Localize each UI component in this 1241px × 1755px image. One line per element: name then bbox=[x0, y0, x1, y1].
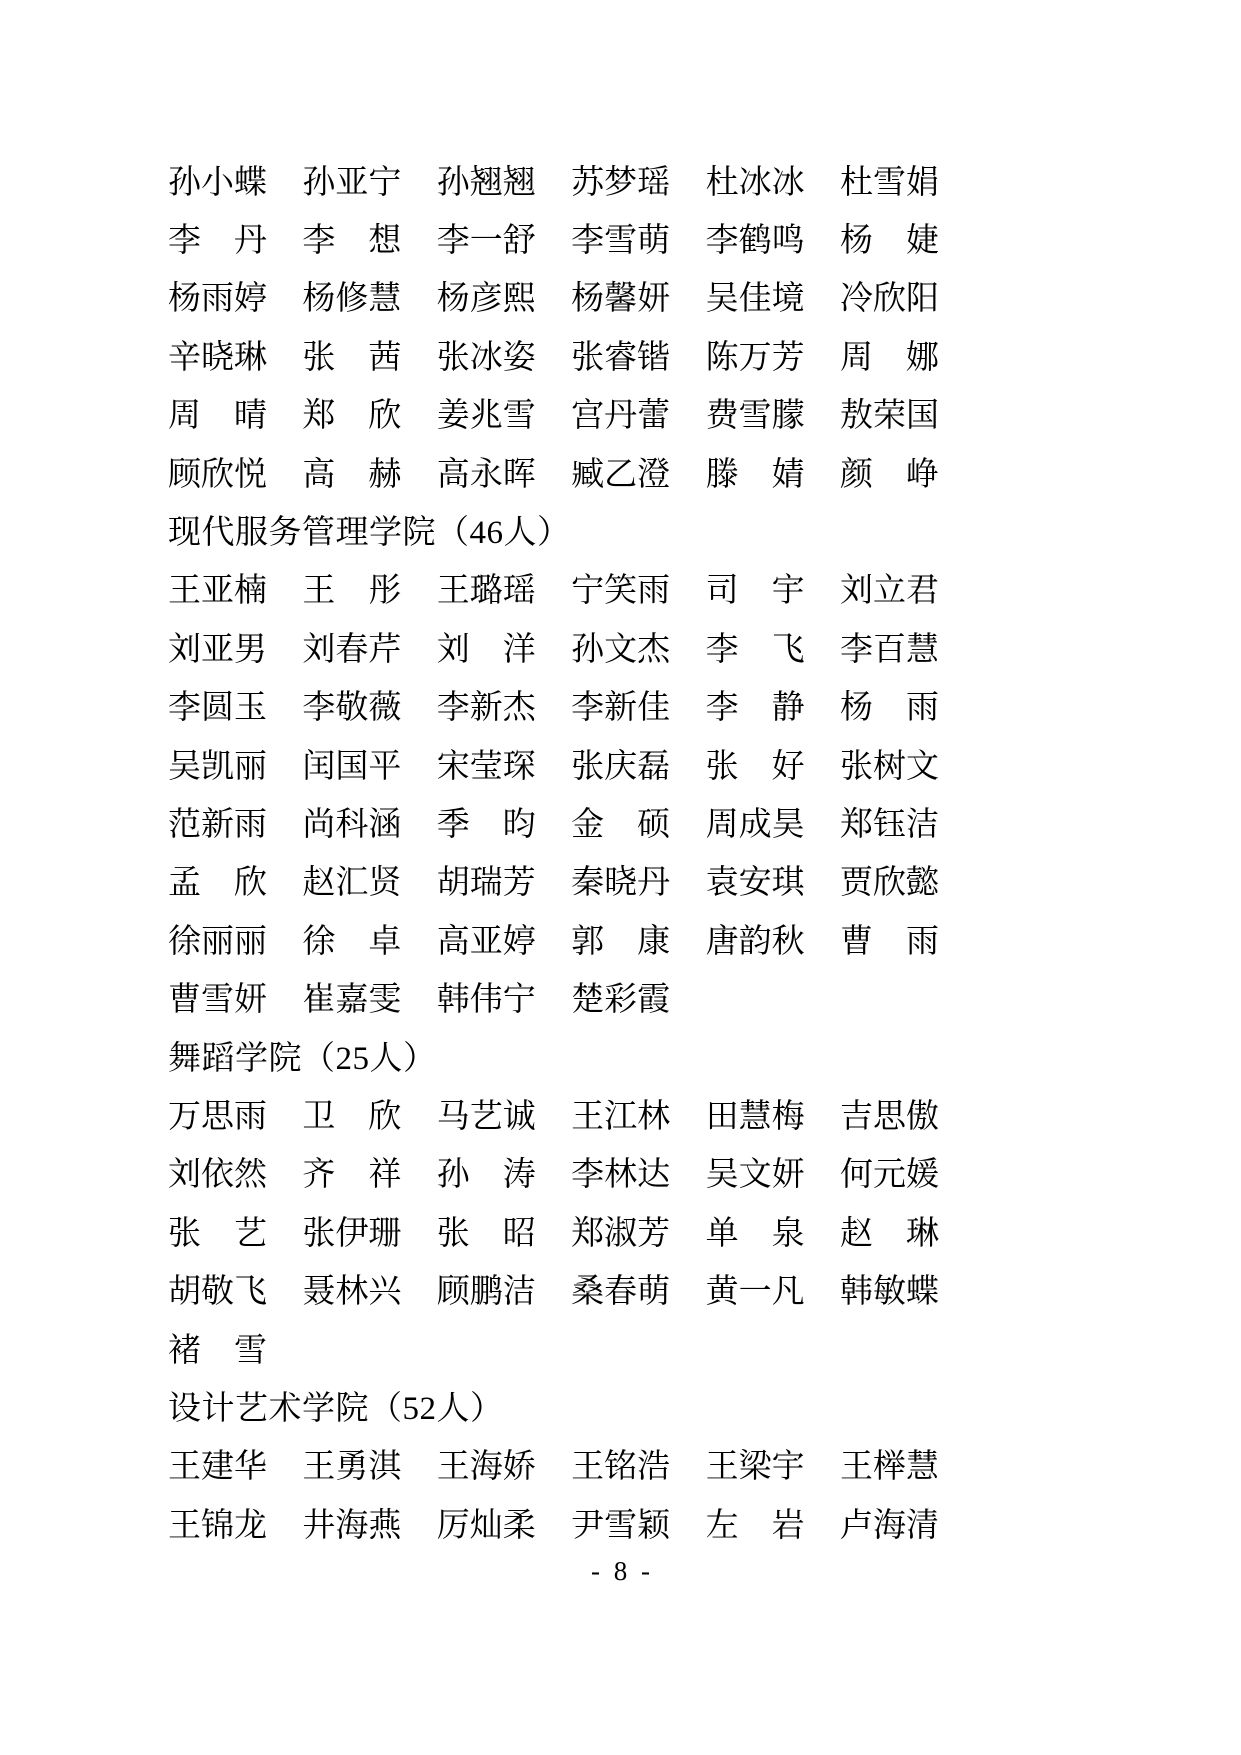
name-character: 闰 bbox=[302, 751, 335, 784]
name-character: 艺 bbox=[470, 1101, 503, 1134]
name-character: 馨 bbox=[604, 283, 637, 316]
name-character: 丽 bbox=[234, 926, 267, 959]
name-character: 琳 bbox=[234, 342, 267, 375]
name-character: 永 bbox=[470, 459, 503, 492]
name-character: 兴 bbox=[368, 1276, 401, 1309]
name-character: 赵 bbox=[840, 1218, 873, 1251]
student-name: 厉灿柔 bbox=[437, 1510, 536, 1543]
student-name: 韩敏蝶 bbox=[840, 1276, 939, 1309]
name-cell: 李敬薇 bbox=[302, 692, 436, 725]
name-cell: 韩敏蝶 bbox=[840, 1276, 974, 1309]
name-character: 凯 bbox=[201, 751, 234, 784]
name-cell: 金硕 bbox=[571, 809, 705, 842]
name-character: 汇 bbox=[335, 867, 368, 900]
student-name: 郑钰洁 bbox=[840, 809, 939, 842]
name-cell: 孙翘翘 bbox=[437, 167, 571, 200]
name-character: 建 bbox=[201, 1451, 234, 1484]
name-character: 蝶 bbox=[234, 167, 267, 200]
name-character: 孟 bbox=[168, 867, 201, 900]
student-name: 徐丽丽 bbox=[168, 926, 267, 959]
student-name: 井海燕 bbox=[302, 1510, 401, 1543]
name-cell: 吴佳境 bbox=[706, 283, 840, 316]
name-character: 高 bbox=[437, 459, 470, 492]
name-character: 想 bbox=[368, 225, 401, 258]
name-cell: 郑钰洁 bbox=[840, 809, 974, 842]
name-character: 吴 bbox=[168, 751, 201, 784]
student-name: 唐韵秋 bbox=[706, 926, 805, 959]
name-character: 琛 bbox=[503, 751, 536, 784]
name-character: 敬 bbox=[201, 1276, 234, 1309]
name-character: 秦 bbox=[571, 867, 604, 900]
name-character: 慧 bbox=[368, 283, 401, 316]
name-character: 科 bbox=[335, 809, 368, 842]
name-character: 乙 bbox=[604, 459, 637, 492]
name-character: 杨 bbox=[437, 283, 470, 316]
name-cell: 卢海清 bbox=[840, 1510, 974, 1543]
name-cell: 杨修慧 bbox=[302, 283, 436, 316]
name-character: 亚 bbox=[201, 575, 234, 608]
name-character: 王 bbox=[302, 1451, 335, 1484]
section-heading: 舞蹈学院（25人） bbox=[168, 1030, 1168, 1088]
name-character: 刘 bbox=[168, 634, 201, 667]
name-cell: 齐祥 bbox=[302, 1159, 436, 1192]
name-character: 高 bbox=[437, 926, 470, 959]
name-character: 珊 bbox=[368, 1218, 401, 1251]
name-character: 王 bbox=[840, 1451, 873, 1484]
name-character: 钰 bbox=[873, 809, 906, 842]
student-name: 曹雨 bbox=[840, 926, 939, 959]
student-name: 高永晖 bbox=[437, 459, 536, 492]
name-character: 厉 bbox=[437, 1510, 470, 1543]
name-character: 朦 bbox=[772, 400, 805, 433]
student-name: 王海娇 bbox=[437, 1451, 536, 1484]
name-cell: 刘依然 bbox=[168, 1159, 302, 1192]
student-name: 顾鹏洁 bbox=[437, 1276, 536, 1309]
name-cell: 刘春芹 bbox=[302, 634, 436, 667]
name-character: 新 bbox=[470, 692, 503, 725]
name-character: 刘 bbox=[168, 1159, 201, 1192]
name-character: 张 bbox=[706, 751, 739, 784]
name-cell: 赵汇贤 bbox=[302, 867, 436, 900]
name-cell: 韩伟宁 bbox=[437, 984, 571, 1017]
name-character: 睿 bbox=[604, 342, 637, 375]
name-cell: 吴文妍 bbox=[706, 1159, 840, 1192]
student-name: 袁安琪 bbox=[706, 867, 805, 900]
student-name: 崔嘉雯 bbox=[302, 984, 401, 1017]
student-name: 李新佳 bbox=[571, 692, 670, 725]
name-cell: 张睿锴 bbox=[571, 342, 705, 375]
name-cell: 王建华 bbox=[168, 1451, 302, 1484]
name-character: 欣 bbox=[873, 283, 906, 316]
student-name: 万思雨 bbox=[168, 1101, 267, 1134]
name-row: 褚雪 bbox=[168, 1322, 1168, 1380]
name-character: 季 bbox=[437, 809, 470, 842]
name-character: 昊 bbox=[772, 809, 805, 842]
name-character: 榉 bbox=[873, 1451, 906, 1484]
name-character: 晴 bbox=[234, 400, 267, 433]
name-character: 卓 bbox=[368, 926, 401, 959]
student-name: 马艺诚 bbox=[437, 1101, 536, 1134]
name-character: 熙 bbox=[503, 283, 536, 316]
student-name: 臧乙澄 bbox=[571, 459, 670, 492]
name-character: 浩 bbox=[637, 1451, 670, 1484]
name-cell: 卫欣 bbox=[302, 1101, 436, 1134]
student-name: 李圆玉 bbox=[168, 692, 267, 725]
name-character: 宁 bbox=[368, 167, 401, 200]
name-character: 江 bbox=[604, 1101, 637, 1134]
student-name: 王建华 bbox=[168, 1451, 267, 1484]
name-character: 李 bbox=[706, 634, 739, 667]
name-character: 刘 bbox=[840, 575, 873, 608]
name-cell: 张树文 bbox=[840, 751, 974, 784]
name-character: 艺 bbox=[234, 1218, 267, 1251]
name-character: 淇 bbox=[368, 1451, 401, 1484]
name-character: 张 bbox=[571, 751, 604, 784]
name-character: 李 bbox=[302, 692, 335, 725]
name-character: 韩 bbox=[437, 984, 470, 1017]
student-name: 张睿锴 bbox=[571, 342, 670, 375]
name-character: 范 bbox=[168, 809, 201, 842]
name-character: 妍 bbox=[772, 1159, 805, 1192]
name-character: 颖 bbox=[637, 1510, 670, 1543]
student-name: 陈万芳 bbox=[706, 342, 805, 375]
name-character: 晖 bbox=[503, 459, 536, 492]
name-character: 春 bbox=[604, 1276, 637, 1309]
name-cell: 聂林兴 bbox=[302, 1276, 436, 1309]
name-character: 媛 bbox=[906, 1159, 939, 1192]
name-character: 孙 bbox=[302, 167, 335, 200]
student-name: 孙涛 bbox=[437, 1159, 536, 1192]
student-name: 单泉 bbox=[706, 1218, 805, 1251]
name-character: 慧 bbox=[906, 1451, 939, 1484]
name-character: 百 bbox=[873, 634, 906, 667]
name-cell: 井海燕 bbox=[302, 1510, 436, 1543]
name-cell: 刘立君 bbox=[840, 575, 974, 608]
name-character: 宇 bbox=[772, 575, 805, 608]
student-name: 秦晓丹 bbox=[571, 867, 670, 900]
name-character: 昭 bbox=[503, 1218, 536, 1251]
name-character: 慧 bbox=[739, 1101, 772, 1134]
name-cell: 王海娇 bbox=[437, 1451, 571, 1484]
name-character: 亚 bbox=[201, 634, 234, 667]
name-character: 孙 bbox=[571, 634, 604, 667]
student-name: 卢海清 bbox=[840, 1510, 939, 1543]
student-name: 郑淑芳 bbox=[571, 1218, 670, 1251]
name-cell: 杨雨 bbox=[840, 692, 974, 725]
name-character: 雪 bbox=[503, 400, 536, 433]
name-character: 顾 bbox=[437, 1276, 470, 1309]
student-name: 周娜 bbox=[840, 342, 939, 375]
name-character: 张 bbox=[168, 1218, 201, 1251]
name-character: 锦 bbox=[201, 1510, 234, 1543]
name-cell: 杨馨妍 bbox=[571, 283, 705, 316]
name-cell: 王彤 bbox=[302, 575, 436, 608]
student-name: 吴凯丽 bbox=[168, 751, 267, 784]
name-character: 燕 bbox=[368, 1510, 401, 1543]
name-character: 璐 bbox=[470, 575, 503, 608]
student-name: 孙亚宁 bbox=[302, 167, 401, 200]
student-name: 王锦龙 bbox=[168, 1510, 267, 1543]
name-character: 雪 bbox=[234, 1335, 267, 1368]
student-name: 张伊珊 bbox=[302, 1218, 401, 1251]
name-cell: 杨雨婷 bbox=[168, 283, 302, 316]
student-name: 刘春芹 bbox=[302, 634, 401, 667]
name-character: 圆 bbox=[201, 692, 234, 725]
student-name: 李飞 bbox=[706, 634, 805, 667]
name-character: 兆 bbox=[470, 400, 503, 433]
name-cell: 颜峥 bbox=[840, 459, 974, 492]
name-cell: 高永晖 bbox=[437, 459, 571, 492]
name-character: 雨 bbox=[906, 692, 939, 725]
name-character: 清 bbox=[906, 1510, 939, 1543]
name-character: 莹 bbox=[470, 751, 503, 784]
name-cell: 万思雨 bbox=[168, 1101, 302, 1134]
name-character: 尚 bbox=[302, 809, 335, 842]
name-character: 瑶 bbox=[637, 167, 670, 200]
name-character: 吴 bbox=[706, 1159, 739, 1192]
name-character: 郭 bbox=[571, 926, 604, 959]
name-cell: 杨婕 bbox=[840, 225, 974, 258]
name-character: 舒 bbox=[503, 225, 536, 258]
name-cell: 周娜 bbox=[840, 342, 974, 375]
name-character: 褚 bbox=[168, 1335, 201, 1368]
name-character: 萌 bbox=[637, 225, 670, 258]
name-character: 依 bbox=[201, 1159, 234, 1192]
student-name: 宁笑雨 bbox=[571, 575, 670, 608]
name-row: 吴凯丽闰国平宋莹琛张庆磊张好张树文 bbox=[168, 738, 1168, 796]
name-cell: 李飞 bbox=[706, 634, 840, 667]
name-character: 徐 bbox=[302, 926, 335, 959]
name-character: 欣 bbox=[873, 867, 906, 900]
name-cell: 周晴 bbox=[168, 400, 302, 433]
name-character: 刘 bbox=[302, 634, 335, 667]
student-name: 杨雨 bbox=[840, 692, 939, 725]
name-character: 婷 bbox=[234, 283, 267, 316]
name-character: 琪 bbox=[772, 867, 805, 900]
name-character: 李 bbox=[571, 692, 604, 725]
name-cell: 王璐瑶 bbox=[437, 575, 571, 608]
name-character: 文 bbox=[604, 634, 637, 667]
student-name: 周晴 bbox=[168, 400, 267, 433]
name-character: 尹 bbox=[571, 1510, 604, 1543]
name-character: 梅 bbox=[772, 1101, 805, 1134]
name-row: 顾欣悦高赫高永晖臧乙澄滕婧颜峥 bbox=[168, 446, 1168, 504]
name-character: 丽 bbox=[234, 751, 267, 784]
name-character: 祥 bbox=[368, 1159, 401, 1192]
name-character: 李 bbox=[706, 692, 739, 725]
student-name: 李雪萌 bbox=[571, 225, 670, 258]
name-cell: 李想 bbox=[302, 225, 436, 258]
name-character: 桑 bbox=[571, 1276, 604, 1309]
student-name: 周成昊 bbox=[706, 809, 805, 842]
name-character: 胡 bbox=[168, 1276, 201, 1309]
name-cell: 刘亚男 bbox=[168, 634, 302, 667]
name-character: 敬 bbox=[335, 692, 368, 725]
name-character: 诚 bbox=[503, 1101, 536, 1134]
student-name: 张艺 bbox=[168, 1218, 267, 1251]
name-character: 国 bbox=[906, 400, 939, 433]
name-cell: 张伊珊 bbox=[302, 1218, 436, 1251]
name-character: 娜 bbox=[906, 342, 939, 375]
name-character: 欣 bbox=[368, 400, 401, 433]
name-character: 飞 bbox=[234, 1276, 267, 1309]
student-name: 聂林兴 bbox=[302, 1276, 401, 1309]
name-character: 孙 bbox=[168, 167, 201, 200]
name-character: 吉 bbox=[840, 1101, 873, 1134]
name-character: 春 bbox=[335, 634, 368, 667]
name-character: 一 bbox=[470, 225, 503, 258]
name-character: 妍 bbox=[637, 283, 670, 316]
name-character: 修 bbox=[335, 283, 368, 316]
name-character: 达 bbox=[637, 1159, 670, 1192]
name-row: 周晴郑欣姜兆雪宫丹蕾费雪朦敖荣国 bbox=[168, 388, 1168, 446]
name-character: 林 bbox=[335, 1276, 368, 1309]
name-character: 袁 bbox=[706, 867, 739, 900]
name-character: 嘉 bbox=[335, 984, 368, 1017]
name-cell: 周成昊 bbox=[706, 809, 840, 842]
name-cell: 胡敬飞 bbox=[168, 1276, 302, 1309]
student-name: 李丹 bbox=[168, 225, 267, 258]
student-name: 高赫 bbox=[302, 459, 401, 492]
name-character: 金 bbox=[571, 809, 604, 842]
student-name: 李静 bbox=[706, 692, 805, 725]
name-cell: 辛晓琳 bbox=[168, 342, 302, 375]
name-character: 顾 bbox=[168, 459, 201, 492]
name-character: 鸣 bbox=[772, 225, 805, 258]
name-character: 瑶 bbox=[503, 575, 536, 608]
name-row: 孙小蝶孙亚宁孙翘翘苏梦瑶杜冰冰杜雪娟 bbox=[168, 154, 1168, 212]
name-character: 蝶 bbox=[906, 1276, 939, 1309]
name-character: 黄 bbox=[706, 1276, 739, 1309]
name-cell: 厉灿柔 bbox=[437, 1510, 571, 1543]
name-cell: 李静 bbox=[706, 692, 840, 725]
student-name: 王梁宇 bbox=[706, 1451, 805, 1484]
name-character: 贾 bbox=[840, 867, 873, 900]
name-cell: 李一舒 bbox=[437, 225, 571, 258]
name-character: 孙 bbox=[437, 1159, 470, 1192]
name-row: 王建华王勇淇王海娇王铭浩王梁宇王榉慧 bbox=[168, 1439, 1168, 1497]
name-cell: 闰国平 bbox=[302, 751, 436, 784]
name-cell: 高亚婷 bbox=[437, 926, 571, 959]
name-character: 薇 bbox=[368, 692, 401, 725]
name-character: 宫 bbox=[571, 400, 604, 433]
name-cell: 赵琳 bbox=[840, 1218, 974, 1251]
student-name: 何元媛 bbox=[840, 1159, 939, 1192]
student-name: 杜冰冰 bbox=[706, 167, 805, 200]
name-character: 梁 bbox=[739, 1451, 772, 1484]
name-cell: 孟欣 bbox=[168, 867, 302, 900]
name-character: 岩 bbox=[772, 1510, 805, 1543]
section-heading: 设计艺术学院（52人） bbox=[168, 1380, 1168, 1438]
name-character: 雨 bbox=[201, 283, 234, 316]
student-name: 李鹤鸣 bbox=[706, 225, 805, 258]
name-character: 李 bbox=[437, 692, 470, 725]
name-character: 秋 bbox=[772, 926, 805, 959]
name-cell: 马艺诚 bbox=[437, 1101, 571, 1134]
student-name: 刘亚男 bbox=[168, 634, 267, 667]
name-character: 单 bbox=[706, 1218, 739, 1251]
name-cell: 王梁宇 bbox=[706, 1451, 840, 1484]
student-name: 卫欣 bbox=[302, 1101, 401, 1134]
name-cell: 李丹 bbox=[168, 225, 302, 258]
name-character: 张 bbox=[302, 342, 335, 375]
student-name: 李新杰 bbox=[437, 692, 536, 725]
name-character: 杰 bbox=[503, 692, 536, 725]
student-name: 宋莹琛 bbox=[437, 751, 536, 784]
name-cell: 苏梦瑶 bbox=[571, 167, 705, 200]
name-cell: 袁安琪 bbox=[706, 867, 840, 900]
name-character: 王 bbox=[302, 575, 335, 608]
name-character: 井 bbox=[302, 1510, 335, 1543]
name-character: 王 bbox=[437, 1451, 470, 1484]
name-cell: 宫丹蕾 bbox=[571, 400, 705, 433]
name-character: 芳 bbox=[637, 1218, 670, 1251]
name-character: 立 bbox=[873, 575, 906, 608]
name-character: 苏 bbox=[571, 167, 604, 200]
student-name: 苏梦瑶 bbox=[571, 167, 670, 200]
name-character: 翘 bbox=[503, 167, 536, 200]
name-character: 萌 bbox=[637, 1276, 670, 1309]
student-name: 吴文妍 bbox=[706, 1159, 805, 1192]
section-heading: 现代服务管理学院（46人） bbox=[168, 504, 1168, 562]
student-name: 刘洋 bbox=[437, 634, 536, 667]
name-character: 彩 bbox=[604, 984, 637, 1017]
name-cell: 徐卓 bbox=[302, 926, 436, 959]
name-cell: 张昭 bbox=[437, 1218, 571, 1251]
student-name: 杨彦熙 bbox=[437, 283, 536, 316]
student-name: 李一舒 bbox=[437, 225, 536, 258]
name-character: 胡 bbox=[437, 867, 470, 900]
name-character: 滕 bbox=[706, 459, 739, 492]
student-name: 季昀 bbox=[437, 809, 536, 842]
name-character: 郑 bbox=[302, 400, 335, 433]
name-character: 姜 bbox=[437, 400, 470, 433]
name-cell: 顾欣悦 bbox=[168, 459, 302, 492]
name-character: 海 bbox=[470, 1451, 503, 1484]
name-character: 雪 bbox=[873, 167, 906, 200]
name-character: 懿 bbox=[906, 867, 939, 900]
name-character: 元 bbox=[873, 1159, 906, 1192]
name-character: 张 bbox=[437, 1218, 470, 1251]
name-character: 杨 bbox=[571, 283, 604, 316]
name-character: 张 bbox=[437, 342, 470, 375]
name-row: 范新雨尚科涵季昀金硕周成昊郑钰洁 bbox=[168, 796, 1168, 854]
student-name: 张庆磊 bbox=[571, 751, 670, 784]
name-character: 翘 bbox=[470, 167, 503, 200]
name-character: 安 bbox=[739, 867, 772, 900]
name-cell: 徐丽丽 bbox=[168, 926, 302, 959]
name-cell: 黄一凡 bbox=[706, 1276, 840, 1309]
student-name: 左岩 bbox=[706, 1510, 805, 1543]
name-character: 吴 bbox=[706, 283, 739, 316]
name-character: 张 bbox=[840, 751, 873, 784]
student-name: 田慧梅 bbox=[706, 1101, 805, 1134]
student-name: 宫丹蕾 bbox=[571, 400, 670, 433]
name-character: 李 bbox=[706, 225, 739, 258]
student-name: 杨婕 bbox=[840, 225, 939, 258]
student-name: 顾欣悦 bbox=[168, 459, 267, 492]
name-character: 勇 bbox=[335, 1451, 368, 1484]
name-row: 李丹李想李一舒李雪萌李鹤鸣杨婕 bbox=[168, 212, 1168, 270]
name-character: 笑 bbox=[604, 575, 637, 608]
name-character: 琳 bbox=[906, 1218, 939, 1251]
name-character: 龙 bbox=[234, 1510, 267, 1543]
name-cell: 张庆磊 bbox=[571, 751, 705, 784]
name-character: 臧 bbox=[571, 459, 604, 492]
name-row: 辛晓琳张茜张冰姿张睿锴陈万芳周娜 bbox=[168, 329, 1168, 387]
student-name: 敖荣国 bbox=[840, 400, 939, 433]
name-character: 硕 bbox=[637, 809, 670, 842]
